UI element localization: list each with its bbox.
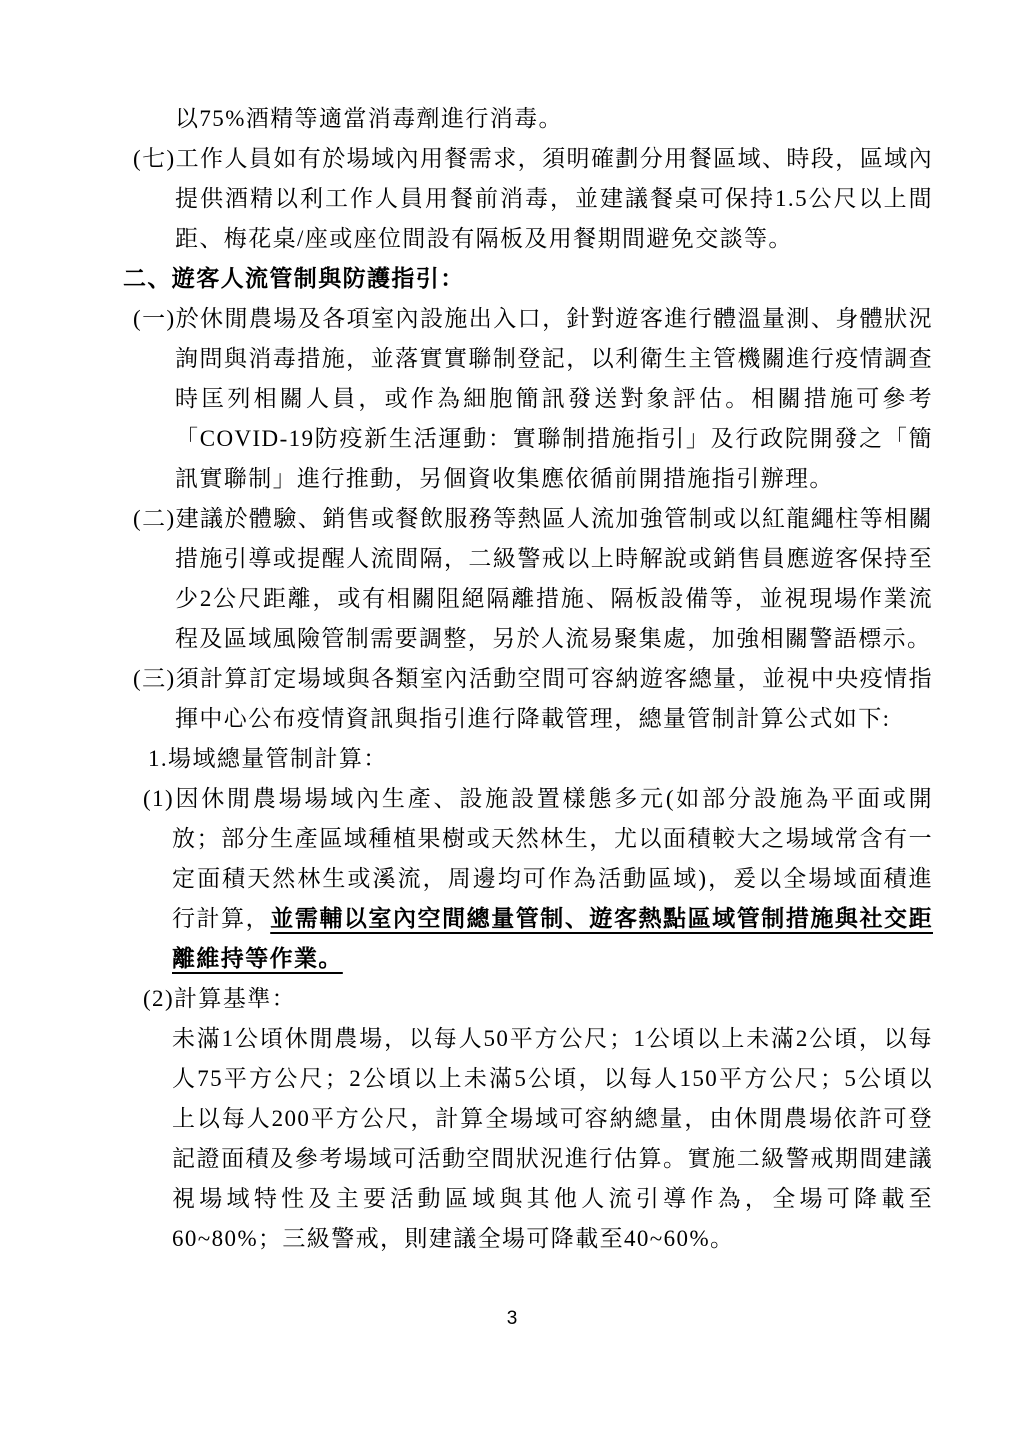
item-3-marker: (三)	[133, 666, 176, 691]
item-2-hotspot-control: (二)建議於體驗、銷售或餐飲服務等熱區人流加強管制或以紅龍繩柱等相關措施引導或提…	[123, 499, 933, 659]
item-1-marker: (一)	[133, 306, 176, 331]
point-2-text: 計算基準：	[174, 986, 296, 1011]
point-2-marker: (2)	[143, 986, 174, 1011]
capacity-standard-paragraph: 未滿1公頃休閒農場，以每人50平方公尺；1公頃以上未滿2公頃，以每人75平方公尺…	[123, 1019, 933, 1259]
document-page: 以75%酒精等適當消毒劑進行消毒。 (七)工作人員如有於場域內用餐需求，須明確劃…	[0, 0, 1024, 1448]
page-number: 3	[507, 1308, 518, 1329]
item-1-text: 於休閒農場及各項室內設施出入口，針對遊客進行體溫量測、身體狀況詢問與消毒措施，並…	[175, 306, 933, 491]
item-2-marker: (二)	[133, 506, 176, 531]
point-1-area-basis: (1)因休閒農場場域內生產、設施設置樣態多元(如部分設施為平面或開放；部分生產區…	[123, 779, 933, 979]
item-3-text: 須計算訂定場域與各類室內活動空間可容納遊客總量，並視中央疫情指揮中心公布疫情資訊…	[175, 666, 933, 731]
item-2-text: 建議於體驗、銷售或餐飲服務等熱區人流加強管制或以紅龍繩柱等相關措施引導或提醒人流…	[175, 506, 933, 651]
section-heading-visitor-flow: 二、遊客人流管制與防護指引：	[123, 259, 933, 299]
item-3-capacity-total: (三)須計算訂定場域與各類室內活動空間可容納遊客總量，並視中央疫情指揮中心公布疫…	[123, 659, 933, 739]
continuation-line-disinfection: 以75%酒精等適當消毒劑進行消毒。	[123, 99, 933, 139]
item-7-dining-rules: (七)工作人員如有於場域內用餐需求，須明確劃分用餐區域、時段，區域內提供酒精以利…	[123, 139, 933, 259]
page-footer: 3	[0, 1308, 1024, 1330]
subheading-total-capacity-calc: 1.場域總量管制計算：	[123, 739, 933, 779]
point-1-emphasis-underlined: 並需輔以室內空間總量管制、遊客熱點區域管制措施與社交距離維持等作業。	[172, 906, 933, 971]
item-7-marker: (七)	[133, 146, 176, 171]
point-1-marker: (1)	[143, 786, 174, 811]
item-1-entrance-measures: (一)於休閒農場及各項室內設施出入口，針對遊客進行體溫量測、身體狀況詢問與消毒措…	[123, 299, 933, 499]
document-body: 以75%酒精等適當消毒劑進行消毒。 (七)工作人員如有於場域內用餐需求，須明確劃…	[123, 99, 933, 1259]
item-7-text: 工作人員如有於場域內用餐需求，須明確劃分用餐區域、時段，區域內提供酒精以利工作人…	[175, 146, 933, 251]
point-2-calc-standard: (2)計算基準：	[123, 979, 933, 1019]
